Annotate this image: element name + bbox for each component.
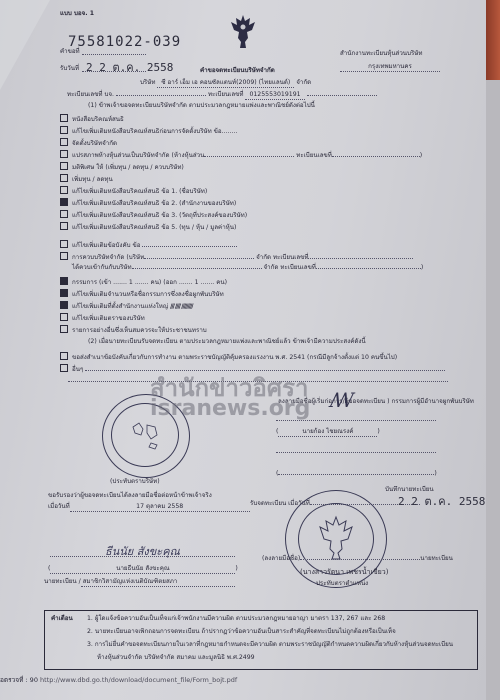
checkbox-item[interactable]: มติพิเศษ ให้ (เพิ่มทุน / ลดทุน / ควบบริษ… [60,162,184,172]
checkbox-checked-icon[interactable] [60,289,68,297]
checkbox-item[interactable]: ขอส่งสำเนาข้อบังคับเกี่ยวกับการทำงาน ตาม… [60,352,397,362]
checkbox-label: อื่นๆ [72,366,83,373]
reg-no-th-label: ทะเบียนเลขที่ บจ. [67,91,114,98]
checkbox-icon[interactable] [60,325,68,333]
fill-line [332,156,420,157]
redacted-scribble: /// //// ///////// [170,303,192,310]
checkbox-item[interactable]: จัดตั้งบริษัทจำกัด [60,138,117,148]
checkbox-label: แก้ไขเพิ่มเติมหนังสือบริคณห์สนธิ ข้อ 2. … [72,200,236,207]
checkbox-label: ขอส่งสำเนาข้อบังคับเกี่ยวกับการทำงาน ตาม… [72,354,397,361]
checkbox-item[interactable]: แก้ไขเพิ่มเติมหนังสือบริคณห์สนธิ ข้อ 3. … [60,210,247,220]
checkbox-icon[interactable] [60,162,68,170]
background-edge [486,0,500,80]
fill-line [132,268,262,269]
checkbox-icon[interactable] [60,222,68,230]
fill-line [142,246,237,247]
folded-corner [0,0,50,90]
checkbox-icon[interactable] [60,364,68,372]
registrar-sign-label: (ลงลายมือชื่อ) [262,555,300,562]
checkbox-item[interactable]: แปรสภาพห้างหุ้นส่วนเป็นบริษัทจำกัด (ห้าง… [60,150,422,160]
reg-no-value: 0125553019191 [245,91,304,100]
applicant-role: กรรมการผู้มีอำนาจผูกพันบริษัท [392,398,474,405]
fill-line [144,258,254,259]
checkbox-item[interactable]: กรรมการ (เข้า ....... 1 ....... คน) (ออก… [60,277,227,287]
checkbox-checked-icon[interactable] [60,198,68,206]
checkbox-item[interactable]: หนังสือบริคณห์สนธิ [60,114,124,124]
checkbox-label: การควบบริษัทจำกัด (บริษัท [72,254,144,261]
certify-text: ขอรับรองว่าผู้ขอจดทะเบียนได้ลงลายมือชื่อ… [48,492,212,500]
registrar-title: นายทะเบียน [420,555,453,562]
checkbox-icon[interactable] [60,313,68,321]
checkbox-suffix: ทะเบียนเลขที่ [296,152,332,159]
certify-date: 17 ตุลาคม 2558 [70,503,250,512]
checkbox-label: รายการอย่างอื่นซึ่งเห็นสมควรจะให้ประชาชน… [72,327,207,334]
company-row: บริษัท ซี อาร์ เอ็ม เอ คอนซัลแตนท์(2009)… [140,79,311,88]
checkbox-icon[interactable] [60,210,68,218]
watermark-latin: isranews.org [150,396,310,421]
checkbox-label: หนังสือบริคณห์สนธิ [72,116,124,123]
applicant-signature: ꟿ [330,388,354,412]
merge-with-row: ได้ควบเข้ากันกับบริษัท จำกัด ทะเบียนเลขท… [72,264,423,272]
checkbox-icon[interactable] [60,252,68,260]
document-page: แบบ บอจ. 1 75581022-039 คำขอที่ รับวันที… [0,0,486,700]
checkbox-item[interactable]: แก้ไขเพิ่มเติมที่ตั้งสำนักงานแห่งใหญ่ //… [60,301,193,311]
certifier-role: สมาชิกวิสามัญแห่งเนติบัณฑิตยสภา [81,578,235,587]
request-number-stamp: 75581022-039 [68,34,181,50]
checkbox-item[interactable]: แก้ไขเพิ่มเติมจำนวนหรือชื่อกรรมการซึ่งลง… [60,289,224,299]
company-label: บริษัท [140,79,155,86]
checkbox-label: แปรสภาพห้างหุ้นส่วนเป็นบริษัทจำกัด (ห้าง… [72,152,204,159]
checkbox-label: แก้ไขเพิ่มเติมข้อบังคับ ข้อ [72,242,140,249]
checkbox-item[interactable]: เพิ่มทุน / ลดทุน [60,174,113,184]
applicant-name-row: (นายก้อง ไชยณรงค์) [276,428,380,437]
received-date-label: รับวันที่ [60,65,79,73]
fill-line [204,156,294,157]
certifier-name-row: (นายธีนนัย สังขะคุณ) [48,565,238,574]
checkbox-icon[interactable] [60,352,68,360]
received-date-line [82,71,146,72]
checkbox-label: จัดตั้งบริษัทจำกัด [72,140,117,147]
certifier-signature-line [50,556,235,557]
fill-line [308,258,413,259]
checkbox-item[interactable]: แก้ไขเพิ่มเติมหนังสือบริคณห์สนธิก่อนการจ… [60,126,237,136]
registrar-sign-row: (ลงลายมือชื่อ)นายทะเบียน [262,555,453,563]
merge-with-label: ได้ควบเข้ากันกับบริษัท [72,264,132,271]
checkbox-label: แก้ไขเพิ่มเติมหนังสือบริคณห์สนธิ ข้อ 1. … [72,188,207,195]
reg-no-trailing-line [307,95,377,96]
company-suffix: จำกัด [296,79,311,86]
checkbox-suffix: จำกัด ทะเบียนเลขที่ [256,254,308,261]
registration-office: สำนักงานทะเบียนหุ้นส่วนบริษัท [340,50,422,58]
checkbox-label: แก้ไขเพิ่มเติมหนังสือบริคณห์สนธิก่อนการจ… [72,128,237,135]
notice-item: 1. ผู้ใดแจ้งข้อความอันเป็นเท็จแก่เจ้าพนั… [87,615,385,623]
checkbox-label: กรรมการ (เข้า ....... 1 ....... คน) (ออก… [72,279,227,286]
received-date-stamp: 2 2 ต.ค. 2558 [86,58,173,76]
reg-no-label: ทะเบียนเลขที่ [208,91,244,98]
company-seal-caption: (ประทับตราบริษัท) [110,478,160,486]
checkbox-label: แก้ไขเพิ่มเติมที่ตั้งสำนักงานแห่งใหญ่ [72,303,168,310]
checkbox-item[interactable]: การควบบริษัทจำกัด (บริษัท จำกัด ทะเบียนเ… [60,252,413,262]
checkbox-icon[interactable] [60,240,68,248]
notice-item: 3. การไม่ยื่นคำขอจดทะเบียนภายในเวลาที่กฎ… [87,641,453,649]
registrar-name: (นางสาวรัตนา เพชรน้ำเขียว) [300,568,388,576]
checkbox-label: มติพิเศษ ให้ (เพิ่มทุน / ลดทุน / ควบบริษ… [72,164,184,171]
registration-number-row: ทะเบียนเลขที่ บจ. ทะเบียนเลขที่ 01255530… [67,91,377,100]
checkbox-icon[interactable] [60,114,68,122]
office-location: กรุงเทพมหานคร [340,63,440,72]
registered-date-stamp: 2 2 ต.ค. 2558 [398,492,485,510]
footer-path: http://www.dbd.go.th/download/document_f… [40,676,237,684]
checkbox-item[interactable]: รายการอย่างอื่นซึ่งเห็นสมควรจะให้ประชาชน… [60,325,207,335]
checkbox-checked-icon[interactable] [60,277,68,285]
certify-date-label: เมื่อวันที่ [48,503,70,510]
registrar-stamp-caption: ประทับตราตำแหน่ง [316,580,368,588]
merge-with-suffix: จำกัด ทะเบียนเลขที่ [264,264,316,271]
form-code: แบบ บอจ. 1 [60,10,94,18]
certify-date-row: เมื่อวันที่17 ตุลาคม 2558 [48,503,250,512]
checkbox-item[interactable]: แก้ไขเพิ่มเติมตราของบริษัท [60,313,145,323]
second-name-row: () [276,470,437,478]
certifier-name: นายธีนนัย สังขะคุณ [50,565,235,574]
checkbox-icon[interactable] [60,174,68,182]
footer-row: อตรวจที่ : 90 http://www.dbd.go.th/downl… [0,676,237,684]
section2-heading: (2) เมื่อนายทะเบียนรับจดทะเบียน ตามประมว… [88,338,366,346]
checkbox-label: แก้ไขเพิ่มเติมหนังสือบริคณห์สนธิ ข้อ 3. … [72,212,247,219]
certifier-role-label: นายทะเบียน / [44,578,81,585]
notice-label: คำเตือน [51,615,73,623]
request-number-label: คำขอที่ [60,48,80,56]
notice-item: ห้างหุ้นส่วนจำกัด บริษัทจำกัด สมาคม และม… [97,654,255,662]
garuda-emblem-icon [228,12,258,52]
certifier-role-row: นายทะเบียน /สมาชิกวิสามัญแห่งเนติบัณฑิตย… [44,578,235,587]
checkbox-item[interactable]: แก้ไขเพิ่มเติมข้อบังคับ ข้อ [60,240,237,250]
fill-line [316,268,421,269]
second-signature-line [276,452,436,453]
warning-notice-box: คำเตือน 1. ผู้ใดแจ้งข้อความอันเป็นเท็จแก… [44,610,478,670]
checkbox-label: เพิ่มทุน / ลดทุน [72,176,113,183]
reg-no-th-line [116,95,206,96]
checkbox-label: แก้ไขเพิ่มเติมหนังสือบริคณห์สนธิ ข้อ 5. … [72,224,236,231]
checkbox-item[interactable]: แก้ไขเพิ่มเติมหนังสือบริคณห์สนธิ ข้อ 2. … [60,198,236,208]
checkbox-label: แก้ไขเพิ่มเติมตราของบริษัท [72,315,145,322]
checkbox-icon[interactable] [60,126,68,134]
checkbox-checked-icon[interactable] [60,301,68,309]
form-title: คำขอจดทะเบียนบริษัทจำกัด [200,67,275,75]
checkbox-label: แก้ไขเพิ่มเติมจำนวนหรือชื่อกรรมการซึ่งลง… [72,291,224,298]
applicant-name: นายก้อง ไชยณรงค์ [278,428,377,437]
checkbox-item[interactable]: แก้ไขเพิ่มเติมหนังสือบริคณห์สนธิ ข้อ 1. … [60,186,207,196]
checkbox-icon[interactable] [60,150,68,158]
certifier-signature: ธีนนัย สังขะคุณ [105,542,180,560]
section1-heading: (1) ข้าพเจ้าขอจดทะเบียนบริษัทจำกัด ตามปร… [88,102,315,110]
notice-item: 2. นายทะเบียนอาจเพิกถอนการจดทะเบียน ถ้าป… [87,628,396,636]
request-number-line [82,54,146,55]
checkbox-icon[interactable] [60,186,68,194]
footer-check-label: อตรวจที่ : 90 [0,676,38,684]
checkbox-item[interactable]: แก้ไขเพิ่มเติมหนังสือบริคณห์สนธิ ข้อ 5. … [60,222,236,232]
checkbox-icon[interactable] [60,138,68,146]
company-name: ซี อาร์ เอ็ม เอ คอนซัลแตนท์(2009) (ไทยแล… [157,79,294,88]
